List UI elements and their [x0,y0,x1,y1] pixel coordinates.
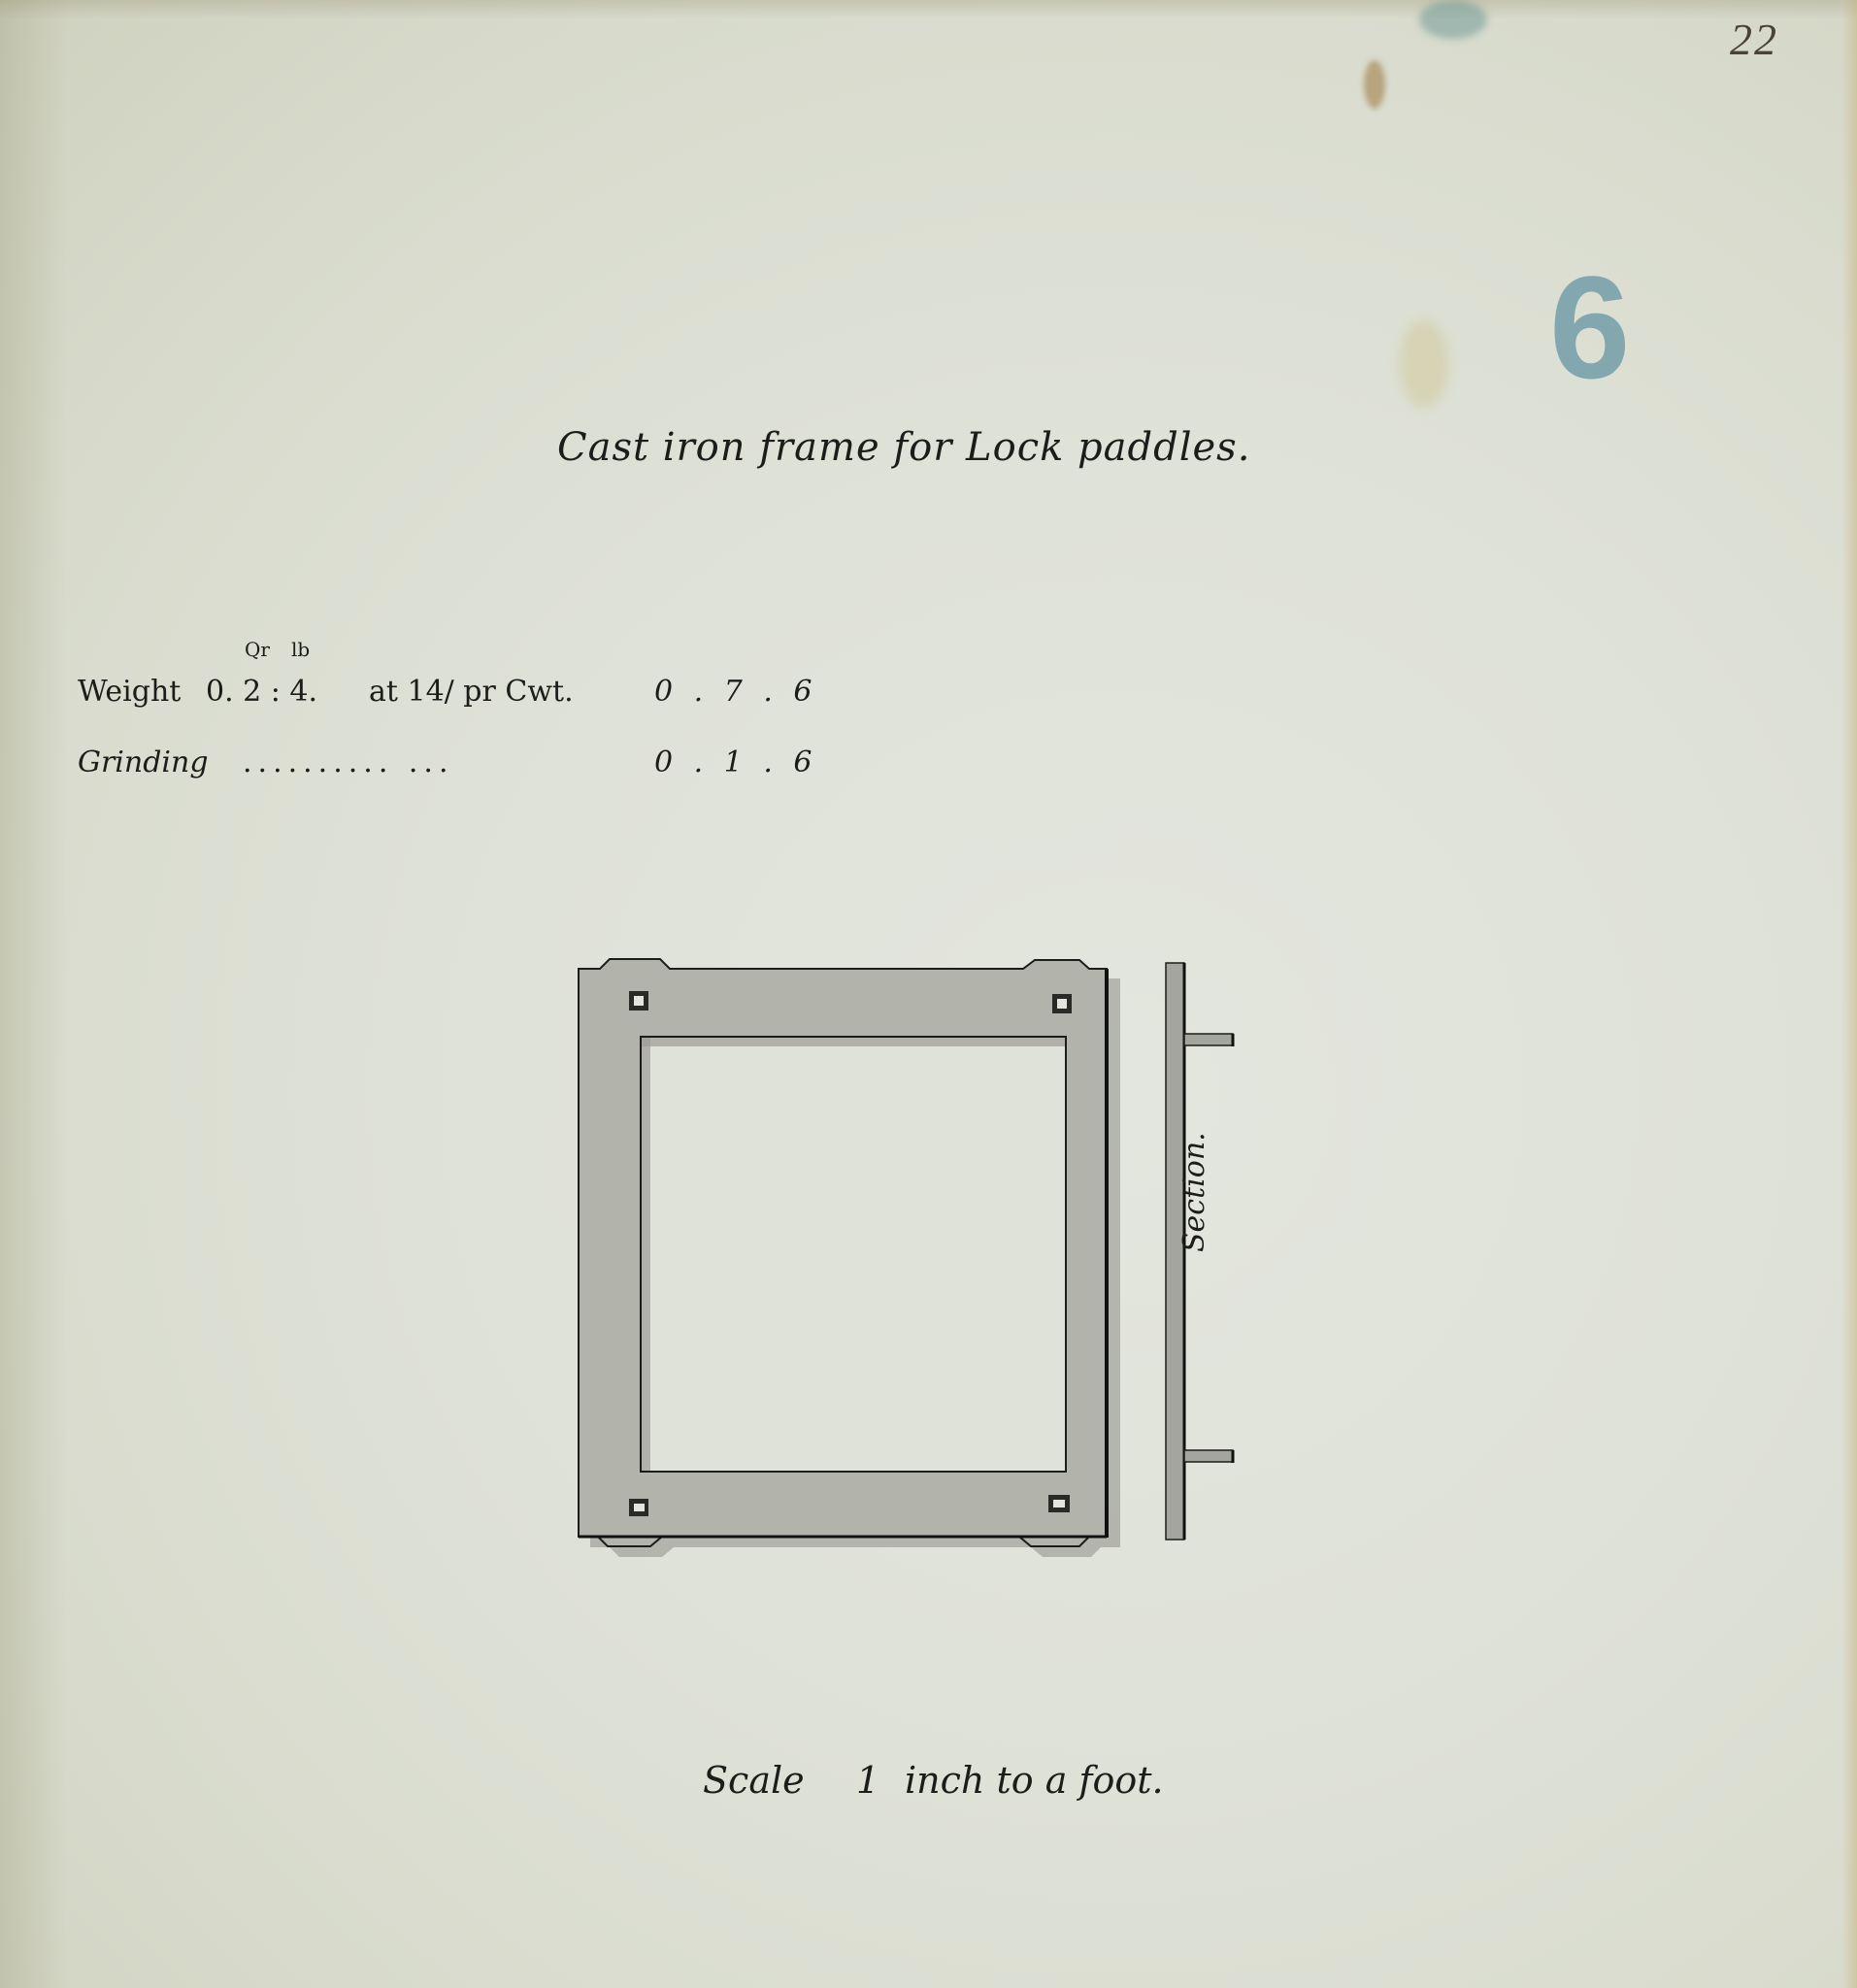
bolt-hole-bottom-right [1048,1495,1070,1512]
bolt-hole-top-right [1052,994,1072,1013]
section-caption: Section. [1177,1132,1211,1252]
frame-plan-view [579,959,1120,1557]
bolt-hole-top-left [629,991,648,1011]
scale-label: Scale [703,1759,805,1802]
technical-drawing [0,0,1857,1988]
scale-number: 1 [856,1759,879,1802]
scale-unit: inch to a foot. [905,1759,1164,1802]
bolt-hole-bottom-left [629,1499,648,1516]
